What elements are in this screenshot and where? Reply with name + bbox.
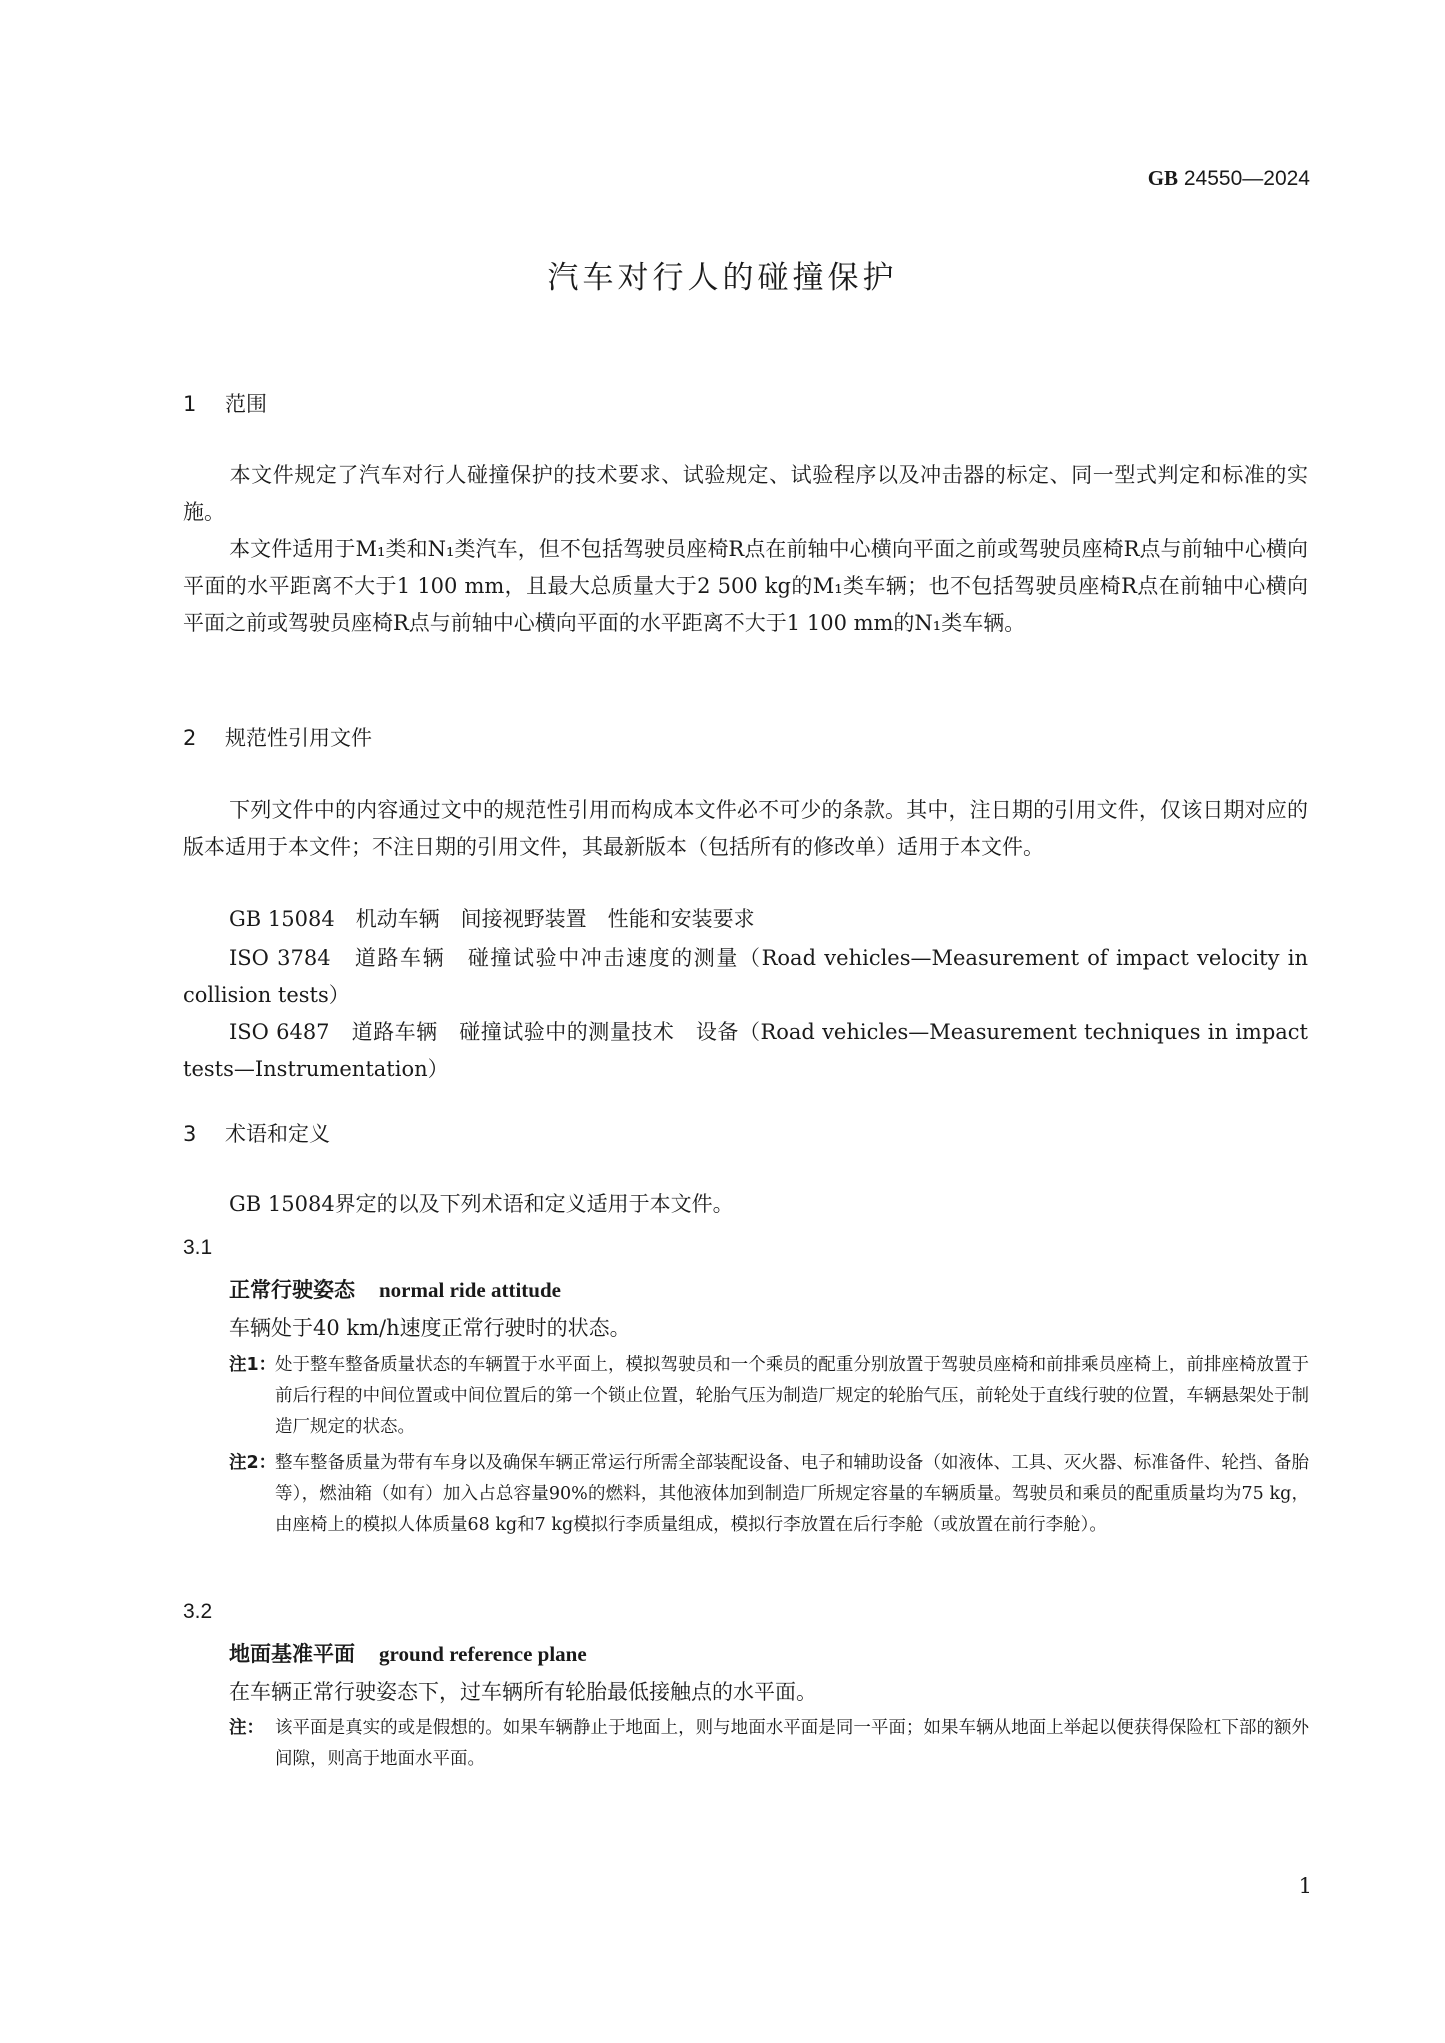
section-title: 术语和定义 bbox=[225, 1122, 330, 1146]
section-heading-1: 1范围 bbox=[183, 388, 267, 418]
term-en: normal ride attitude bbox=[379, 1278, 561, 1302]
section-heading-3: 3术语和定义 bbox=[183, 1118, 330, 1148]
paragraph: GB 15084界定的以及下列术语和定义适用于本文件。 bbox=[229, 1188, 734, 1218]
section-title: 范围 bbox=[225, 392, 267, 416]
note-label: 注： bbox=[229, 1713, 264, 1744]
term-heading: 正常行驶姿态normal ride attitude bbox=[229, 1274, 561, 1304]
note-label: 注2： bbox=[229, 1448, 276, 1479]
paragraph: 下列文件中的内容通过文中的规范性引用而构成本文件必不可少的条款。其中，注日期的引… bbox=[183, 792, 1308, 866]
document-title: 汽车对行人的碰撞保护 bbox=[0, 252, 1445, 297]
section-heading-2: 2规范性引用文件 bbox=[183, 722, 372, 752]
term-en: ground reference plane bbox=[379, 1642, 587, 1666]
standard-code: GB 24550—2024 bbox=[1148, 166, 1310, 191]
note-label: 注1： bbox=[229, 1350, 276, 1381]
paragraph-text: 本文件适用于M₁类和N₁类汽车，但不包括驾驶员座椅R点在前轴中心横向平面之前或驾… bbox=[183, 537, 1308, 635]
standard-code-number: 24550—2024 bbox=[1184, 167, 1310, 190]
paragraph: 本文件适用于M₁类和N₁类汽车，但不包括驾驶员座椅R点在前轴中心横向平面之前或驾… bbox=[183, 531, 1308, 642]
note-2: 注2：整车整备质量为带有车身以及确保车辆正常运行所需全部装配设备、电子和辅助设备… bbox=[229, 1448, 1309, 1541]
reference-item: ISO 3784 道路车辆 碰撞试验中冲击速度的测量（Road vehicles… bbox=[183, 940, 1308, 1014]
term-definition: 在车辆正常行驶姿态下，过车辆所有轮胎最低接触点的水平面。 bbox=[229, 1676, 817, 1706]
reference-title: 道路车辆 碰撞试验中的测量技术 设备（Road vehicles—Measure… bbox=[183, 1020, 1308, 1081]
paragraph-text: 本文件规定了汽车对行人碰撞保护的技术要求、试验规定、试验程序以及冲击器的标定、同… bbox=[183, 463, 1308, 524]
reference-item: ISO 6487 道路车辆 碰撞试验中的测量技术 设备（Road vehicle… bbox=[183, 1014, 1308, 1088]
term-number: 3.2 bbox=[183, 1600, 212, 1624]
reference-item: GB 15084 机动车辆 间接视野装置 性能和安装要求 bbox=[229, 903, 755, 933]
reference-code: GB 15084 bbox=[229, 907, 335, 931]
reference-code: ISO 6487 bbox=[229, 1020, 330, 1044]
term-zh: 正常行驶姿态 bbox=[229, 1277, 355, 1302]
reference-title: 机动车辆 间接视野装置 性能和安装要求 bbox=[356, 907, 755, 931]
note-text: 整车整备质量为带有车身以及确保车辆正常运行所需全部装配设备、电子和辅助设备（如液… bbox=[229, 1448, 1309, 1541]
note-text: 处于整车整备质量状态的车辆置于水平面上，模拟驾驶员和一个乘员的配重分别放置于驾驶… bbox=[229, 1350, 1309, 1443]
term-zh: 地面基准平面 bbox=[229, 1641, 355, 1666]
paragraph: 本文件规定了汽车对行人碰撞保护的技术要求、试验规定、试验程序以及冲击器的标定、同… bbox=[183, 457, 1308, 531]
section-title: 规范性引用文件 bbox=[225, 726, 372, 750]
note-text: 该平面是真实的或是假想的。如果车辆静止于地面上，则与地面水平面是同一平面；如果车… bbox=[229, 1713, 1309, 1775]
reference-title: 道路车辆 碰撞试验中冲击速度的测量（Road vehicles—Measurem… bbox=[183, 946, 1308, 1007]
reference-code: ISO 3784 bbox=[229, 946, 331, 970]
section-number: 2 bbox=[183, 726, 225, 750]
page-number: 1 bbox=[1299, 1874, 1312, 1898]
standard-code-prefix: GB bbox=[1148, 166, 1178, 190]
term-number: 3.1 bbox=[183, 1236, 212, 1260]
section-number: 1 bbox=[183, 392, 225, 416]
paragraph-text: 下列文件中的内容通过文中的规范性引用而构成本文件必不可少的条款。其中，注日期的引… bbox=[183, 798, 1308, 859]
note-1: 注1：处于整车整备质量状态的车辆置于水平面上，模拟驾驶员和一个乘员的配重分别放置… bbox=[229, 1350, 1309, 1443]
term-definition: 车辆处于40 km/h速度正常行驶时的状态。 bbox=[229, 1312, 631, 1342]
term-heading: 地面基准平面ground reference plane bbox=[229, 1638, 587, 1668]
note: 注：该平面是真实的或是假想的。如果车辆静止于地面上，则与地面水平面是同一平面；如… bbox=[229, 1713, 1309, 1775]
section-number: 3 bbox=[183, 1122, 225, 1146]
